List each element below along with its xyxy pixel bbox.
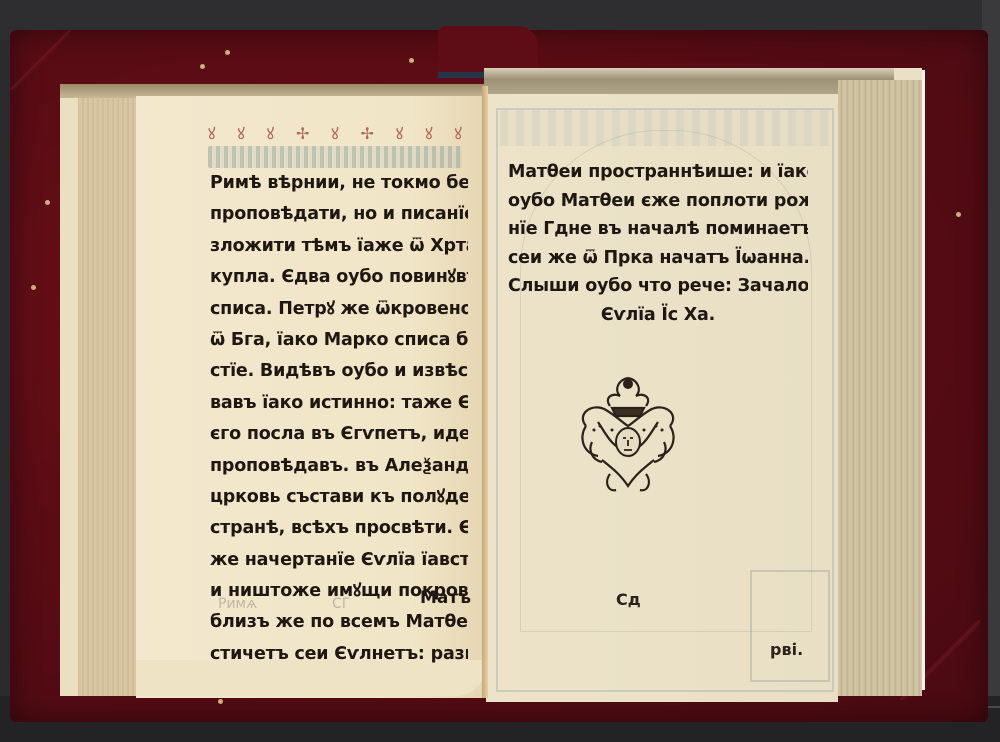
right-page-text: Матθеи пространнѣише: и їако оубо Матθеи…: [508, 158, 808, 330]
left-page-edge-highlight: [60, 84, 78, 696]
text-line-final: Єѵлïа Їс Ха.: [508, 301, 808, 330]
text-line: црковь състави къ полꙋденнѣи: [210, 482, 468, 513]
text-line: купла. Єдва оубо повинꙋвъся: [210, 262, 468, 293]
show-through-text: Римѧ: [218, 596, 257, 612]
text-line: стïе. Видѣвъ оубо и извѣство-: [210, 356, 468, 387]
folio-number: рві.: [770, 640, 803, 659]
velvet-tack: [45, 200, 50, 205]
ornament-glyph: ꙋ: [425, 122, 433, 144]
ornament-glyph: ꙋ: [331, 122, 339, 144]
text-line: Матθеи пространнѣише: и їако: [508, 158, 808, 187]
text-line: ѿ Бга, їако Марко списа благовѣ-: [210, 325, 468, 356]
text-line: нïе Гдне въ началѣ поминаетъ:: [508, 215, 808, 244]
text-line: стичетъ сеи Єѵлнетъ: развѣ їако: [210, 639, 468, 670]
ornamental-vignette-icon: [572, 370, 684, 500]
velvet-fold-top-left: [10, 30, 70, 90]
text-line: зложити тѣмъ їаже ѿ Хрта: [210, 231, 468, 262]
text-line: странѣ, всѣхъ просвѣти. Єстъ: [210, 513, 468, 544]
ornament-glyph: ꙋ: [237, 122, 245, 144]
velvet-tack: [409, 58, 414, 63]
text-line: проповѣдати, но и писанïемъ и: [210, 199, 468, 230]
show-through-text: СГ: [332, 596, 350, 612]
ornament-glyph: ꙋ: [454, 122, 462, 144]
headpiece-ornament-band: [208, 146, 462, 168]
right-edge-highlight: [922, 70, 925, 690]
book-gutter: [482, 86, 488, 698]
ornament-glyph: ✢: [361, 124, 374, 143]
woodcut-frame-corner-box: [750, 570, 830, 682]
velvet-tack: [225, 50, 230, 55]
text-line: оубо Матθеи єже поплоти рожде-: [508, 187, 808, 216]
text-line: сеи же ѿ Прка начатъ Їѡанна.: [508, 244, 808, 273]
velvet-tack: [218, 699, 223, 704]
text-line: Римѣ вѣрнии, не токмо беспиcаниа: [210, 168, 468, 199]
ornament-glyph: ✢: [296, 124, 309, 143]
text-line: же начертанïе Єѵлïа їавственно,: [210, 545, 468, 576]
signature-mark: Сд: [616, 590, 641, 609]
right-top-edge: [484, 68, 894, 96]
ornament-glyph: ꙋ: [396, 122, 404, 144]
catchword: Матъ: [420, 588, 471, 608]
text-line: вавъ їако истинно: таже Єппа: [210, 388, 468, 419]
text-line: Слыши оубо что рече: Зачало: [508, 272, 808, 301]
headpiece-ornament-row: ꙋ ꙋ ꙋ ✢ ꙋ ✢ ꙋ ꙋ ꙋ: [208, 122, 462, 144]
text-line: проповѣдавъ. въ Алеѯандрïи же: [210, 451, 468, 482]
text-line: списа. Петрꙋ же ѿкровено бысть: [210, 294, 468, 325]
ornament-glyph: ꙋ: [208, 122, 216, 144]
velvet-tack: [956, 212, 961, 217]
ornament-glyph: ꙋ: [267, 122, 275, 144]
text-line: близъ же по всемъ Матθеви: [210, 607, 468, 638]
velvet-tack: [31, 285, 36, 290]
text-line: єго посла въ Єгѵпетъ, идеже и: [210, 419, 468, 450]
velvet-tack: [200, 64, 205, 69]
right-page-edges: [838, 80, 922, 696]
